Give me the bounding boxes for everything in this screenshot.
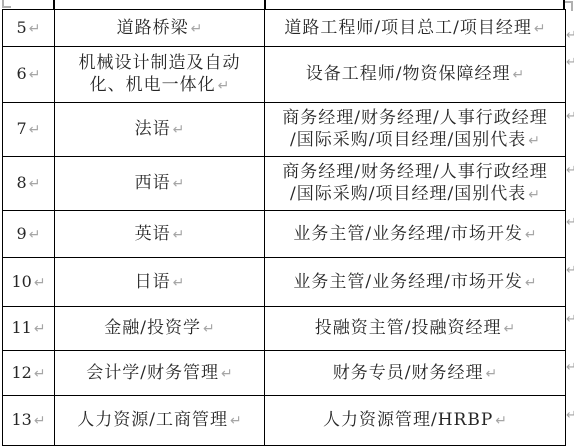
cell-return-mark-icon: ↵ — [218, 78, 230, 94]
major-cell[interactable]: 西语↵ — [55, 157, 265, 211]
jobs-text: 业务主管/业务经理/市场开发 — [293, 224, 522, 244]
row-number-cell[interactable]: 11↵ — [3, 307, 55, 351]
row-number-cell[interactable]: 5↵ — [3, 10, 55, 47]
jobs-text: 业务主管/业务经理/市场开发 — [293, 272, 522, 292]
cell-return-mark-icon: ↵ — [495, 413, 507, 429]
row-number-cell[interactable]: 10↵ — [3, 258, 55, 307]
cell-return-mark-icon: ↵ — [34, 275, 46, 291]
row-number: 10 — [11, 272, 31, 291]
cell-return-mark-icon: ↵ — [173, 275, 185, 291]
row-number-cell[interactable]: 8↵ — [3, 157, 55, 211]
jobs-cell[interactable]: 道路工程师/项目总工/项目经理↵ — [265, 10, 566, 47]
row-number: 7 — [17, 119, 27, 138]
cell-return-mark-icon: ↵ — [34, 413, 46, 429]
major-cell[interactable]: 道路桥梁↵ — [55, 10, 265, 47]
row-end-mark-icon: ↵ — [566, 264, 574, 277]
prev-row-end-mark-fragment — [571, 1, 573, 11]
table-row: 7↵ 法语↵ 商务经理/财务经理/人事行政经理/国际采购/项目经理/国别代表↵ — [3, 103, 566, 157]
cell-return-mark-icon: ↵ — [203, 321, 215, 337]
jobs-text: 人力资源管理/HRBP — [323, 410, 493, 430]
major-text: 英语 — [135, 224, 171, 244]
cell-return-mark-icon: ↵ — [528, 187, 540, 203]
major-text: 金融/投资学 — [104, 318, 201, 338]
cell-return-mark-icon: ↵ — [29, 122, 41, 138]
major-text-line2: 化、机电一体化 — [90, 75, 216, 95]
row-end-mark-icon: ↵ — [566, 216, 574, 229]
jobs-cell[interactable]: 业务主管/业务经理/市场开发↵ — [265, 211, 566, 258]
cell-return-mark-icon: ↵ — [191, 21, 203, 37]
jobs-cell[interactable]: 投融资主管/投融资经理↵ — [265, 307, 566, 351]
row-end-mark-icon: ↵ — [566, 29, 574, 42]
jobs-cell[interactable]: 商务经理/财务经理/人事行政经理/国际采购/项目经理/国别代表↵ — [265, 103, 566, 157]
jobs-cell[interactable]: 财务专员/财务经理↵ — [265, 351, 566, 396]
row-number: 8 — [17, 173, 27, 192]
table-row: 8↵ 西语↵ 商务经理/财务经理/人事行政经理/国际采购/项目经理/国别代表↵ — [3, 157, 566, 211]
major-cell[interactable]: 日语↵ — [55, 258, 265, 307]
major-cell[interactable]: 会计学/财务管理↵ — [55, 351, 265, 396]
jobs-text-line2: /国际采购/项目经理/国别代表 — [290, 184, 526, 204]
cell-return-mark-icon: ↵ — [173, 227, 185, 243]
major-cell[interactable]: 人力资源/工商管理↵ — [55, 396, 265, 446]
cell-return-mark-icon: ↵ — [34, 321, 46, 337]
row-number: 11 — [11, 318, 31, 337]
table-row: 5↵ 道路桥梁↵ 道路工程师/项目总工/项目经理↵ — [3, 10, 566, 47]
cell-return-mark-icon: ↵ — [34, 366, 46, 382]
row-number-cell[interactable]: 6↵ — [3, 47, 55, 103]
row-end-mark-icon: ↵ — [566, 361, 574, 374]
document-page: 5↵ 道路桥梁↵ 道路工程师/项目总工/项目经理↵ 6↵ 机械设计制造及自动化、… — [0, 0, 574, 447]
row-number-cell[interactable]: 7↵ — [3, 103, 55, 157]
cell-return-mark-icon: ↵ — [534, 21, 546, 37]
cell-return-mark-icon: ↵ — [525, 227, 537, 243]
jobs-text: 道路工程师/项目总工/项目经理 — [284, 18, 531, 38]
table-row: 9↵ 英语↵ 业务主管/业务经理/市场开发↵ — [3, 211, 566, 258]
major-text: 会计学/财务管理 — [86, 363, 219, 383]
cell-return-mark-icon: ↵ — [525, 275, 537, 291]
jobs-cell[interactable]: 人力资源管理/HRBP↵ — [265, 396, 566, 446]
jobs-text: 设备工程师/物资保障经理 — [306, 64, 511, 84]
major-cell[interactable]: 英语↵ — [55, 211, 265, 258]
cell-return-mark-icon: ↵ — [29, 67, 41, 83]
jobs-cell[interactable]: 设备工程师/物资保障经理↵ — [265, 47, 566, 103]
row-number: 9 — [17, 224, 27, 243]
major-text-line1: 机械设计制造及自动 — [79, 53, 241, 73]
major-cell[interactable]: 机械设计制造及自动化、机电一体化↵ — [55, 47, 265, 103]
major-text: 日语 — [135, 272, 171, 292]
row-number-cell[interactable]: 13↵ — [3, 396, 55, 446]
row-end-mark-icon: ↵ — [566, 164, 574, 177]
row-number: 13 — [11, 410, 31, 429]
jobs-text: 财务专员/财务经理 — [333, 363, 484, 383]
row-number: 5 — [17, 18, 27, 37]
row-end-mark-icon: ↵ — [566, 409, 574, 422]
prev-row-mark-fragment — [2, 6, 11, 8]
cell-return-mark-icon: ↵ — [504, 321, 516, 337]
cell-return-mark-icon: ↵ — [173, 176, 185, 192]
table-row: 12↵ 会计学/财务管理↵ 财务专员/财务经理↵ — [3, 351, 566, 396]
jobs-text-line2: /国际采购/项目经理/国别代表 — [290, 130, 526, 150]
row-end-mark-icon: ↵ — [566, 313, 574, 326]
cell-return-mark-icon: ↵ — [486, 366, 498, 382]
row-number: 6 — [17, 64, 27, 83]
cell-return-mark-icon: ↵ — [29, 176, 41, 192]
cell-return-mark-icon: ↵ — [29, 21, 41, 37]
row-number: 12 — [11, 363, 31, 382]
major-text: 人力资源/工商管理 — [77, 410, 228, 430]
majors-jobs-table: 5↵ 道路桥梁↵ 道路工程师/项目总工/项目经理↵ 6↵ 机械设计制造及自动化、… — [2, 9, 566, 446]
cell-return-mark-icon: ↵ — [528, 133, 540, 149]
table-row: 10↵ 日语↵ 业务主管/业务经理/市场开发↵ — [3, 258, 566, 307]
major-cell[interactable]: 法语↵ — [55, 103, 265, 157]
table-row: 13↵ 人力资源/工商管理↵ 人力资源管理/HRBP↵ — [3, 396, 566, 446]
jobs-cell[interactable]: 商务经理/财务经理/人事行政经理/国际采购/项目经理/国别代表↵ — [265, 157, 566, 211]
major-text: 西语 — [135, 173, 171, 193]
row-number-cell[interactable]: 12↵ — [3, 351, 55, 396]
cell-return-mark-icon: ↵ — [513, 67, 525, 83]
jobs-text-line1: 商务经理/财务经理/人事行政经理 — [282, 162, 547, 182]
jobs-text: 投融资主管/投融资经理 — [315, 318, 502, 338]
jobs-cell[interactable]: 业务主管/业务经理/市场开发↵ — [265, 258, 566, 307]
row-end-mark-icon: ↵ — [566, 56, 574, 69]
cell-return-mark-icon: ↵ — [221, 366, 233, 382]
jobs-text-line1: 商务经理/财务经理/人事行政经理 — [282, 108, 547, 128]
table-row: 6↵ 机械设计制造及自动化、机电一体化↵ 设备工程师/物资保障经理↵ — [3, 47, 566, 103]
row-number-cell[interactable]: 9↵ — [3, 211, 55, 258]
major-text: 道路桥梁 — [117, 18, 189, 38]
table-row: 11↵ 金融/投资学↵ 投融资主管/投融资经理↵ — [3, 307, 566, 351]
cell-return-mark-icon: ↵ — [230, 413, 242, 429]
major-text: 法语 — [135, 119, 171, 139]
major-cell[interactable]: 金融/投资学↵ — [55, 307, 265, 351]
cell-return-mark-icon: ↵ — [29, 227, 41, 243]
row-end-mark-icon: ↵ — [566, 110, 574, 123]
cell-return-mark-icon: ↵ — [173, 122, 185, 138]
